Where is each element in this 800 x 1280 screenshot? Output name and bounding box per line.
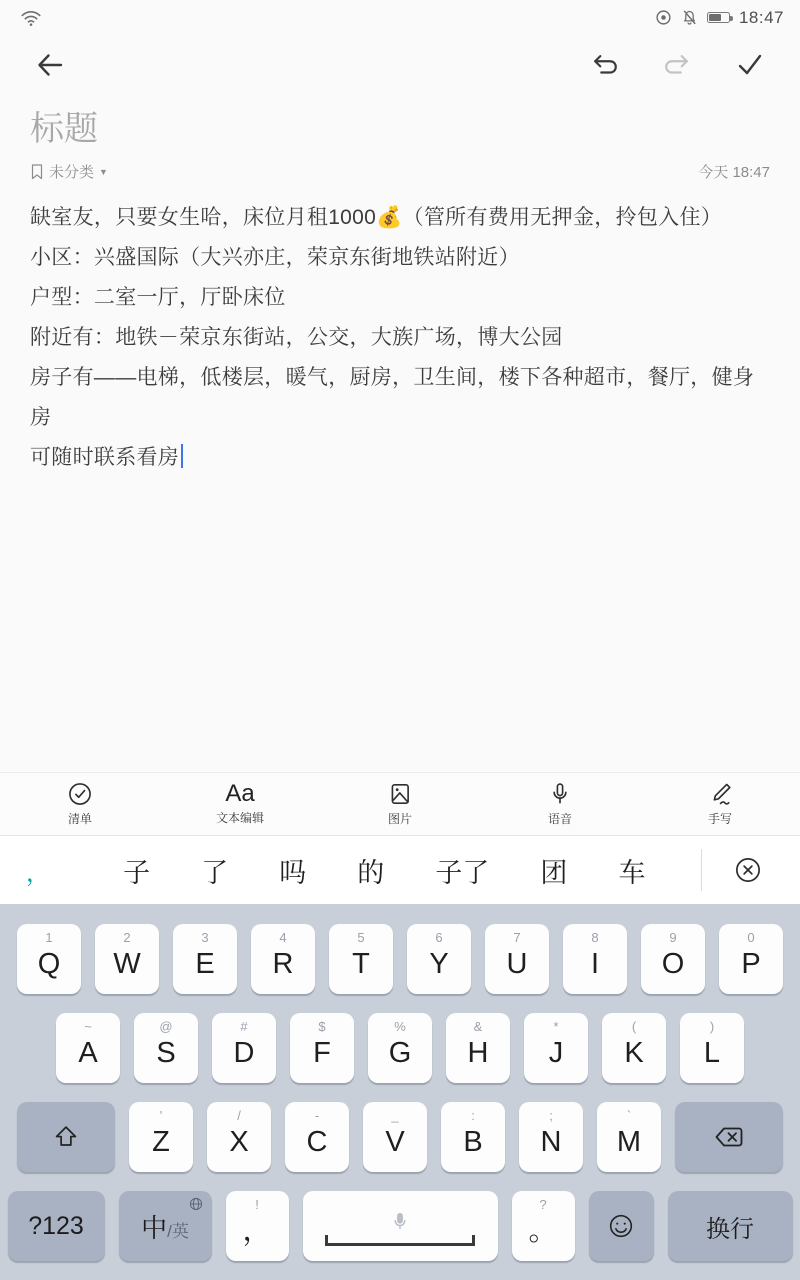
key-label: E (195, 946, 214, 982)
key-secondary-label: 2 (123, 929, 130, 946)
keyboard-row-4: ?123 中 /英 ! ， (0, 1191, 800, 1261)
circle-x-icon (733, 855, 763, 885)
text-edit-button[interactable]: Aa 文本编辑 (160, 782, 320, 826)
shift-icon (51, 1122, 81, 1152)
notes-app-screen: 18:47 (0, 0, 800, 1280)
enter-key-label: 换行 (706, 1209, 754, 1244)
category-label: 未分类 (49, 161, 94, 182)
key-secondary-label: 0 (747, 929, 754, 946)
check-icon (734, 49, 766, 81)
key-label: H (468, 1035, 489, 1071)
note-body[interactable]: 缺室友，只要女生哈，床位月租1000💰（管所有费用无押金，拎包入住） 小区：兴盛… (30, 198, 770, 478)
status-bar: 18:47 (0, 0, 800, 35)
emoji-key[interactable] (589, 1191, 654, 1261)
undo-icon (590, 50, 620, 80)
key-secondary-label: # (240, 1018, 247, 1035)
letter-key[interactable]: 8 I (563, 924, 627, 994)
key-secondary-label: ! (255, 1196, 259, 1213)
voice-button[interactable]: 语音 (480, 781, 640, 827)
letter-key[interactable]: ` M (597, 1102, 661, 1172)
chevron-down-icon: ▼ (99, 167, 108, 177)
candidate-word[interactable]: 吗 (273, 851, 312, 890)
wifi-icon (20, 7, 42, 29)
key-secondary-label: 5 (357, 929, 364, 946)
ime-candidate-bar: ， 子 了 吗 的 子了 团 车 (0, 835, 800, 904)
key-secondary-label: / (237, 1107, 241, 1124)
undo-button[interactable] (586, 46, 624, 84)
letter-key[interactable]: # D (212, 1013, 276, 1083)
mute-bell-icon (681, 9, 698, 26)
note-text-line: 小区：兴盛国际（大兴亦庄，荣京东街地铁站附近） (30, 238, 770, 278)
image-icon (387, 781, 413, 807)
letter-key[interactable]: ( K (602, 1013, 666, 1083)
key-label: R (273, 946, 294, 982)
shift-key[interactable] (17, 1102, 115, 1172)
globe-icon (189, 1197, 203, 1211)
backspace-key[interactable] (675, 1102, 783, 1172)
letter-key[interactable]: ) L (680, 1013, 744, 1083)
keyboard-row-1: 1 Q 2 W 3 E 4 R (0, 924, 800, 994)
status-time: 18:47 (739, 8, 784, 28)
checklist-button[interactable]: 清单 (0, 781, 160, 827)
key-secondary-label: 3 (201, 929, 208, 946)
key-secondary-label: 8 (591, 929, 598, 946)
key-secondary-label: & (474, 1018, 483, 1035)
checklist-label: 清单 (68, 810, 92, 827)
space-mic-icon (389, 1211, 411, 1233)
letter-key[interactable]: @ S (134, 1013, 198, 1083)
handwriting-pen-icon (707, 781, 733, 807)
key-secondary-label: : (471, 1107, 475, 1124)
close-candidates-button[interactable] (712, 855, 784, 885)
key-secondary-label: ' (160, 1107, 162, 1124)
letter-key[interactable]: : B (441, 1102, 505, 1172)
candidate-list: 子 了 吗 的 子了 团 车 (78, 851, 691, 890)
key-secondary-label: - (315, 1107, 319, 1124)
lang-chinese-label: 中 (141, 1208, 167, 1245)
key-secondary-label: ) (710, 1018, 714, 1035)
key-label: ， (242, 1213, 271, 1249)
key-secondary-label: ( (632, 1018, 636, 1035)
note-text-line-last: 可随时联系看房 (30, 438, 770, 478)
key-secondary-label: ` (627, 1107, 631, 1124)
key-secondary-label: ; (549, 1107, 553, 1124)
keyboard-row-3: ' Z / X - C _ V (0, 1102, 800, 1172)
edit-toolbar (0, 35, 800, 95)
key-secondary-label: 4 (279, 929, 286, 946)
candidate-word[interactable]: 了 (195, 851, 234, 890)
key-secondary-label: 6 (435, 929, 442, 946)
key-label: L (704, 1035, 720, 1071)
letter-key[interactable]: ; N (519, 1102, 583, 1172)
redo-button[interactable] (658, 46, 696, 84)
lang-english-label: /英 (167, 1217, 189, 1242)
note-title-input[interactable]: 标题 (30, 107, 770, 151)
candidate-word[interactable]: 团 (534, 851, 573, 890)
category-selector[interactable]: 未分类 ▼ (30, 161, 108, 182)
letter-key[interactable]: ' Z (129, 1102, 193, 1172)
letter-key[interactable]: $ F (290, 1013, 354, 1083)
text-edit-icon: Aa (225, 782, 254, 806)
punctuation-candidate[interactable]: ， (26, 853, 78, 888)
key-label: O (662, 946, 685, 982)
key-label: K (624, 1035, 643, 1071)
key-label: C (307, 1124, 328, 1160)
note-text-line: 房子有——电梯，低楼层，暖气，厨房，卫生间，楼下各种超市，餐厅，健身房 (30, 358, 770, 438)
candidate-separator (701, 849, 703, 891)
text-cursor (181, 444, 183, 468)
backspace-icon (712, 1122, 746, 1152)
key-label: M (617, 1124, 641, 1160)
key-secondary-label: * (553, 1018, 558, 1035)
letter-key[interactable]: 2 W (95, 924, 159, 994)
keyboard-row-2: ~ A @ S # D $ F (0, 1013, 800, 1083)
bookmark-icon (30, 164, 44, 180)
key-secondary-label: ? (539, 1196, 546, 1213)
symbols-key-label: ?123 (28, 1212, 84, 1241)
note-timestamp: 今天 18:47 (698, 161, 770, 182)
key-secondary-label: % (394, 1018, 406, 1035)
voice-label: 语音 (548, 810, 572, 827)
note-last-line-text: 可随时联系看房 (30, 446, 179, 469)
microphone-icon (547, 781, 573, 807)
key-label: F (313, 1035, 331, 1071)
note-text-line: 缺室友，只要女生哈，床位月租1000💰（管所有费用无押金，拎包入住） (30, 198, 770, 238)
back-arrow-icon (34, 49, 66, 81)
period-key[interactable]: ? 。 (512, 1191, 575, 1261)
note-text-line: 附近有：地铁－荣京东街站，公交，大族广场，博大公园 (30, 318, 770, 358)
key-label: N (541, 1124, 562, 1160)
key-secondary-label: $ (318, 1018, 325, 1035)
letter-key[interactable]: 7 U (485, 924, 549, 994)
key-label: S (156, 1035, 175, 1071)
letter-key[interactable]: * J (524, 1013, 588, 1083)
key-label: J (549, 1035, 564, 1071)
key-label: W (113, 946, 140, 982)
note-text-line: 户型：二室一厅，厅卧床位 (30, 278, 770, 318)
key-secondary-label: 9 (669, 929, 676, 946)
smiley-icon (606, 1211, 636, 1241)
letter-key[interactable]: 3 E (173, 924, 237, 994)
redo-icon (662, 50, 692, 80)
handwriting-label: 手写 (708, 810, 732, 827)
key-label: I (591, 946, 599, 982)
letter-key[interactable]: ~ A (56, 1013, 120, 1083)
handwriting-button[interactable]: 手写 (640, 781, 800, 827)
key-label: G (389, 1035, 412, 1071)
virtual-keyboard: 1 Q 2 W 3 E 4 R (0, 904, 800, 1280)
image-label: 图片 (388, 810, 412, 827)
key-label: A (78, 1035, 97, 1071)
key-secondary-label: ~ (84, 1018, 92, 1035)
symbols-key[interactable]: ?123 (8, 1191, 105, 1261)
letter-key[interactable]: / X (207, 1102, 271, 1172)
key-secondary-label: 7 (513, 929, 520, 946)
letter-key[interactable]: - C (285, 1102, 349, 1172)
letter-key[interactable]: 6 Y (407, 924, 471, 994)
note-toolbar: 清单 Aa 文本编辑 图片 语音 (0, 772, 800, 835)
key-secondary-label: @ (159, 1018, 172, 1035)
key-label: P (741, 946, 760, 982)
letter-key[interactable]: 4 R (251, 924, 315, 994)
key-secondary-label: 1 (45, 929, 52, 946)
candidate-word[interactable]: 子了 (429, 851, 495, 890)
letter-key[interactable]: _ V (363, 1102, 427, 1172)
space-bar-icon (325, 1235, 475, 1246)
space-key[interactable] (303, 1191, 498, 1261)
letter-key[interactable]: % G (368, 1013, 432, 1083)
checklist-icon (67, 781, 93, 807)
key-secondary-label: _ (391, 1107, 398, 1124)
letter-key[interactable]: 0 P (719, 924, 783, 994)
key-label: Y (429, 946, 448, 982)
key-label: 。 (528, 1213, 557, 1249)
key-label: U (507, 946, 528, 982)
letter-key[interactable]: 9 O (641, 924, 705, 994)
battery-icon (707, 12, 730, 23)
key-label: Q (38, 946, 61, 982)
key-label: Z (152, 1124, 170, 1160)
key-label: V (385, 1124, 404, 1160)
letter-key[interactable]: 5 T (329, 924, 393, 994)
note-meta-row: 未分类 ▼ 今天 18:47 (30, 161, 770, 182)
note-editor[interactable]: 标题 未分类 ▼ 今天 18:47 缺室友，只要女生哈，床位月租1000💰（管所… (0, 95, 800, 772)
candidate-word[interactable]: 的 (351, 851, 390, 890)
candidate-word[interactable]: 车 (612, 851, 651, 890)
done-button[interactable] (730, 45, 770, 85)
letter-key[interactable]: & H (446, 1013, 510, 1083)
comma-key[interactable]: ! ， (226, 1191, 289, 1261)
image-button[interactable]: 图片 (320, 781, 480, 827)
text-edit-label: 文本编辑 (216, 809, 264, 826)
candidate-word[interactable]: 子 (117, 851, 156, 890)
key-label: D (234, 1035, 255, 1071)
enter-key[interactable]: 换行 (668, 1191, 793, 1261)
letter-key[interactable]: 1 Q (17, 924, 81, 994)
language-toggle-key[interactable]: 中 /英 (119, 1191, 212, 1261)
key-label: X (229, 1124, 248, 1160)
key-label: T (352, 946, 370, 982)
key-label: B (463, 1124, 482, 1160)
eye-comfort-icon (655, 9, 672, 26)
back-button[interactable] (30, 45, 70, 85)
